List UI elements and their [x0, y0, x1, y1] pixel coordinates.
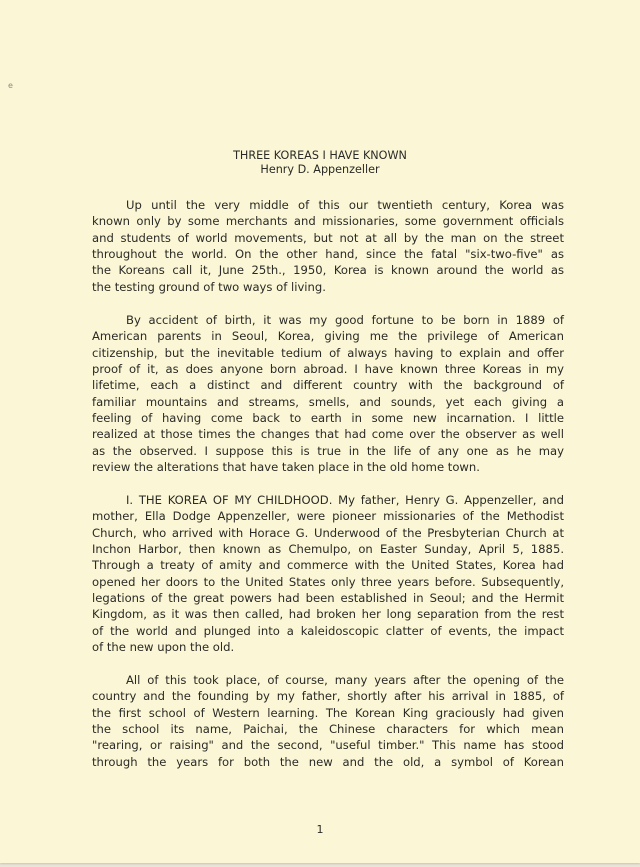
text-line: the testing ground of two ways of living… — [92, 279, 564, 295]
text-line: Kingdom, as it was then called, had brok… — [92, 606, 564, 622]
paragraph-3-korea-of-my-childhood: I. THE KOREA OF MY CHILDHOOD. My father,… — [92, 492, 564, 655]
text-line: realized at those times the changes that… — [92, 426, 564, 442]
text-line: as the observed. I suppose this is true … — [92, 443, 564, 459]
text-line: the first school of Western learning. Th… — [92, 705, 564, 721]
text-line: Through a treaty of amity and commerce w… — [92, 557, 564, 573]
text-line: the school its name, Paichai, the Chines… — [92, 721, 564, 737]
paragraph-2: By accident of birth, it was my good for… — [92, 312, 564, 475]
text-line: opened her doors to the United States on… — [92, 574, 564, 590]
text-line: the Koreans call it, June 25th., 1950, K… — [92, 262, 564, 278]
document-author: Henry D. Appenzeller — [0, 163, 640, 176]
text-line: "rearing, or raising" and the second, "u… — [92, 737, 564, 753]
document-page: e THREE KOREAS I HAVE KNOWN Henry D. App… — [0, 0, 640, 863]
text-line: lifetime, each a distinct and different … — [92, 377, 564, 393]
text-line: of the world and plunged into a kaleidos… — [92, 623, 564, 639]
paragraph-4: All of this took place, of course, many … — [92, 672, 564, 770]
text-line: All of this took place, of course, many … — [92, 672, 564, 688]
text-line: feeling of having come back to earth in … — [92, 410, 564, 426]
text-line: throughout the world. On the other hand,… — [92, 246, 564, 262]
text-line: country and the founding by my father, s… — [92, 688, 564, 704]
text-line: proof of it, as does anyone born abroad.… — [92, 361, 564, 377]
paragraph-1: Up until the very middle of this our twe… — [92, 197, 564, 295]
page-number: 1 — [0, 823, 640, 836]
text-line: By accident of birth, it was my good for… — [92, 312, 564, 328]
margin-mark: e — [8, 81, 13, 90]
text-line: Church, who arrived with Horace G. Under… — [92, 525, 564, 541]
text-line: of the new upon the old. — [92, 639, 564, 655]
text-line: Up until the very middle of this our twe… — [92, 197, 564, 213]
document-title: THREE KOREAS I HAVE KNOWN — [0, 149, 640, 162]
text-line: review the alterations that have taken p… — [92, 459, 564, 475]
text-line: citizenship, but the inevitable tedium o… — [92, 345, 564, 361]
text-line: legations of the great powers had been e… — [92, 590, 564, 606]
text-line: through the years for both the new and t… — [92, 754, 564, 770]
text-line: American parents in Seoul, Korea, giving… — [92, 328, 564, 344]
text-line: mother, Ella Dodge Appenzeller, were pio… — [92, 508, 564, 524]
text-line: familiar mountains and streams, smells, … — [92, 394, 564, 410]
text-line: and students of world movements, but not… — [92, 230, 564, 246]
text-line: I. THE KOREA OF MY CHILDHOOD. My father,… — [92, 492, 564, 508]
text-line: Inchon Harbor, then known as Chemulpo, o… — [92, 541, 564, 557]
text-line: known only by some merchants and mission… — [92, 213, 564, 229]
